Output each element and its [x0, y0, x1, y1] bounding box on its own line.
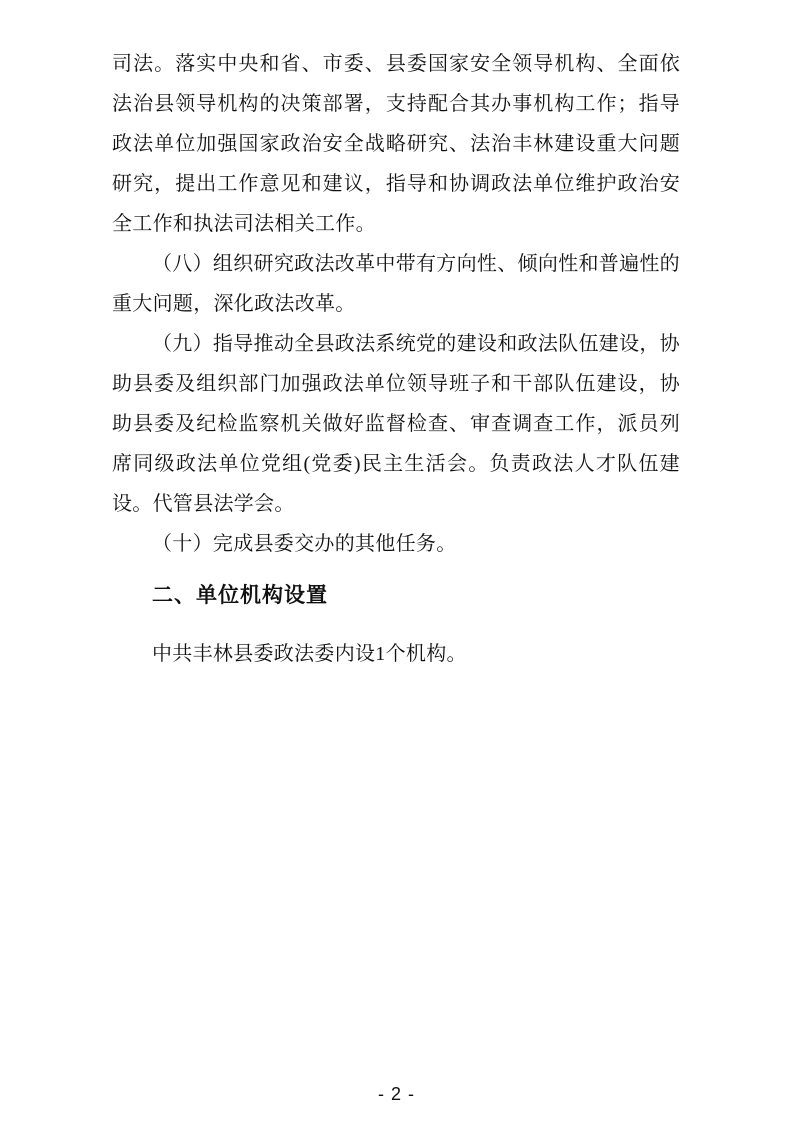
paragraph-org-setup: 中共丰林县委政法委内设1个机构。 [112, 634, 680, 674]
section-heading-unit-structure: 二、单位机构设置 [112, 576, 680, 616]
paragraph-item-9: （九）指导推动全县政法系统党的建设和政法队伍建设，协助县委及组织部门加强政法单位… [112, 324, 680, 524]
page-number: - 2 - [0, 1084, 793, 1105]
document-page: 司法。落实中央和省、市委、县委国家安全领导机构、全面依法治县领导机构的决策部署，… [0, 0, 793, 1122]
paragraph-continuation: 司法。落实中央和省、市委、县委国家安全领导机构、全面依法治县领导机构的决策部署，… [112, 44, 680, 244]
document-body: 司法。落实中央和省、市委、县委国家安全领导机构、全面依法治县领导机构的决策部署，… [112, 44, 680, 674]
paragraph-item-8: （八）组织研究政法改革中带有方向性、倾向性和普遍性的重大问题，深化政法改革。 [112, 244, 680, 324]
paragraph-item-10: （十）完成县委交办的其他任务。 [112, 524, 680, 564]
